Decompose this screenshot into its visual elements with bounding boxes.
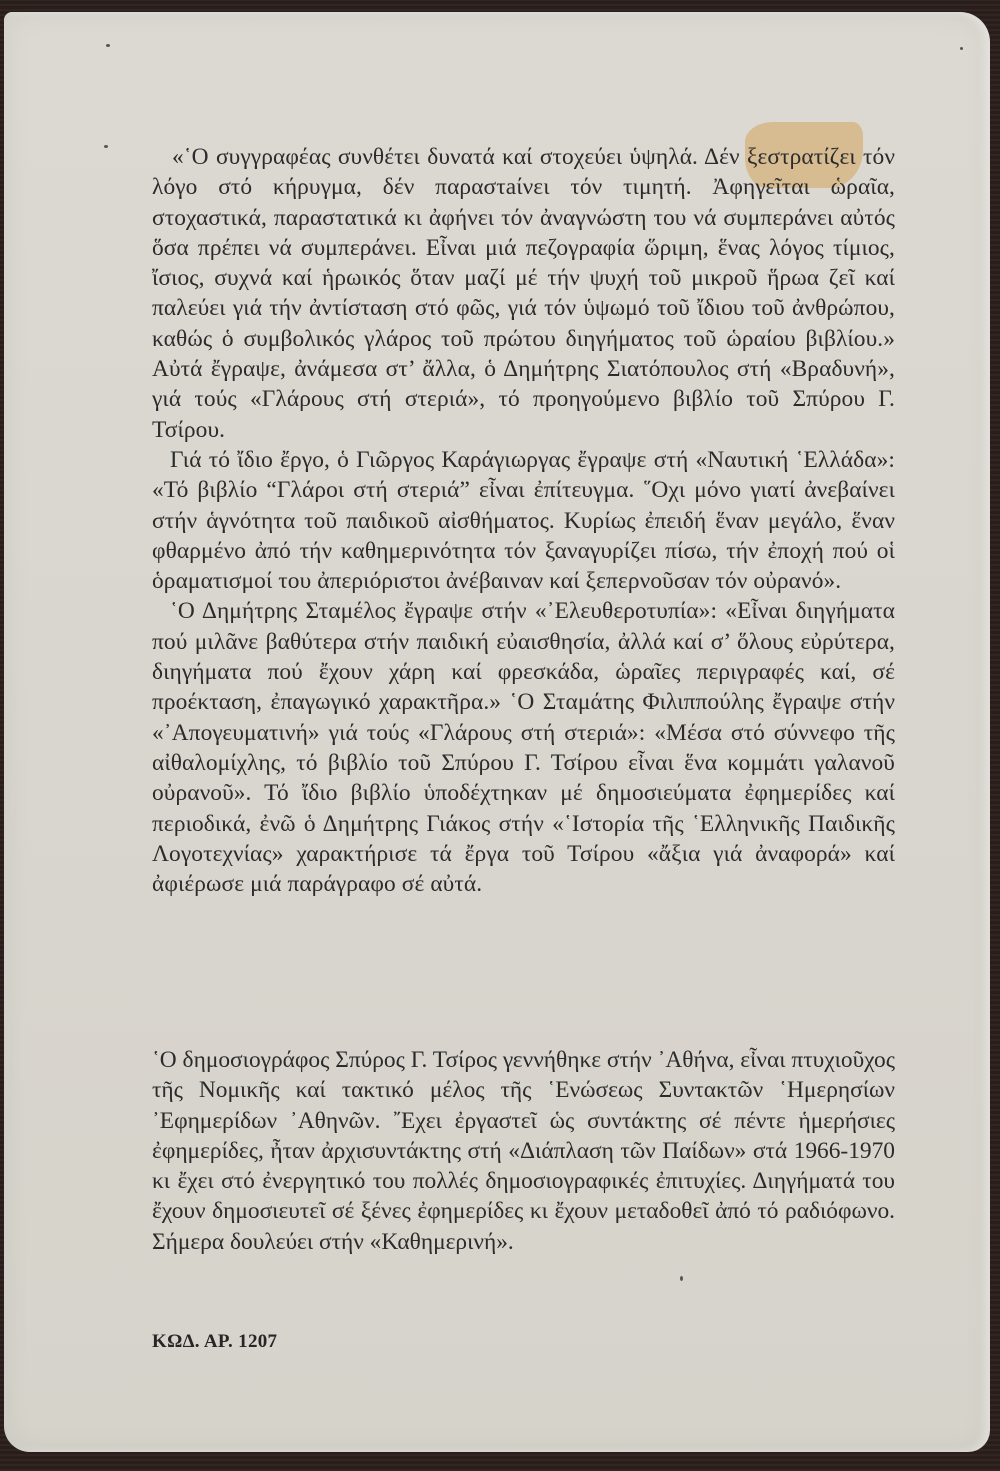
review-paragraph-2: Γιά τό ἴδιο ἔργο, ὁ Γιῶργος Καράγιωργας … xyxy=(152,445,895,596)
author-bio-paragraph: ῾Ο δημοσιογράφος Σπύρος Γ. Τσίρος γεννήθ… xyxy=(152,1045,895,1257)
paper-speck xyxy=(680,1276,683,1281)
review-paragraph-3: ῾Ο Δημήτρης Σταμέλος ἔγραψε στήν «᾿Ελευθ… xyxy=(152,596,895,899)
review-paragraph-1: «῾Ο συγγραφέας συνθέτει δυνατά καί στοχε… xyxy=(152,142,895,445)
paper-speck xyxy=(104,145,108,148)
reviews-section: «῾Ο συγγραφέας συνθέτει δυνατά καί στοχε… xyxy=(152,142,895,899)
paper-speck xyxy=(960,47,963,50)
paper-speck xyxy=(106,44,110,47)
catalog-code: ΚΩΔ. ΑΡ. 1207 xyxy=(152,1331,277,1353)
